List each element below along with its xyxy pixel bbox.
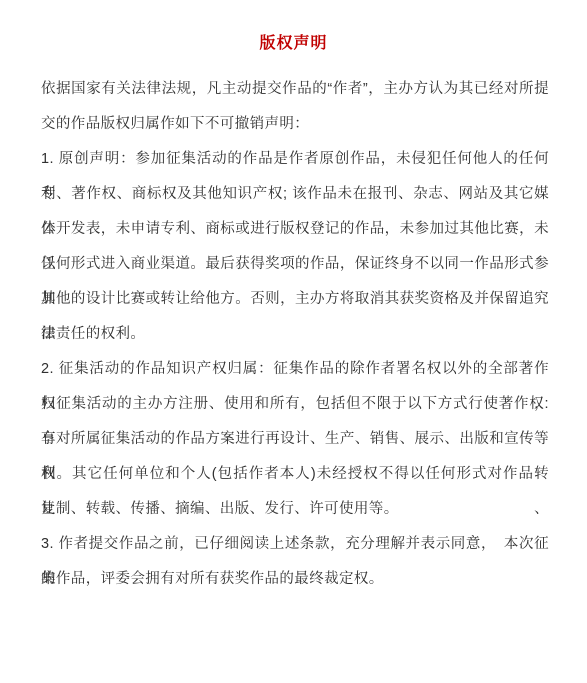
- paragraph-line: 律责任的权利。: [41, 317, 549, 352]
- paragraph-line: 依据国家有关法律法规，凡主动提交作品的“作者”，主办方认为其已经对所提: [41, 72, 549, 107]
- paragraph-line: 其他的设计比赛或转让给他方。否则，主办方将取消其获奖资格及并保留追究法: [41, 282, 549, 317]
- document-page: 版权声明 依据国家有关法律法规，凡主动提交作品的“作者”，主办方认为其已经对所提…: [0, 0, 587, 683]
- paragraph-line: 2. 征集活动的作品知识产权归属：征集作品的除作者署名权以外的全部著作权，: [41, 352, 549, 387]
- paragraph-line: 利。其它任何单位和个人(包括作者本人)未经授权不得以任何形式对作品转让、: [41, 457, 549, 492]
- paragraph-line: 3. 作者提交作品之前，已仔细阅读上述条款，充分理解并表示同意， 本次征集: [41, 527, 549, 562]
- document-body: 依据国家有关法律法规，凡主动提交作品的“作者”，主办方认为其已经对所提交的作品版…: [41, 72, 549, 597]
- paragraph-line: 的作品，评委会拥有对所有获奖作品的最终裁定权。: [41, 562, 549, 597]
- paragraph-line: 1. 原创声明：参加征集活动的作品是作者原创作品，未侵犯任何他人的任何专: [41, 142, 549, 177]
- document-title: 版权声明: [0, 0, 587, 55]
- paragraph-line: 利、著作权、商标权及其他知识产权; 该作品未在报刊、杂志、网站及其它媒体: [41, 177, 549, 212]
- paragraph-line: 任何形式进入商业渠道。最后获得奖项的作品，保证终身不以同一作品形式参加: [41, 247, 549, 282]
- paragraph-line: 归征集活动的主办方注册、使用和所有，包括但不限于以下方式行使著作权: 享: [41, 387, 549, 422]
- paragraph-line: 有对所属征集活动的作品方案进行再设计、生产、销售、展示、出版和宣传等权: [41, 422, 549, 457]
- paragraph-line: 交的作品版权归属作如下不可撤销声明：: [41, 107, 549, 142]
- paragraph-line: 公开发表，未申请专利、商标或进行版权登记的作品，未参加过其他比赛，未以: [41, 212, 549, 247]
